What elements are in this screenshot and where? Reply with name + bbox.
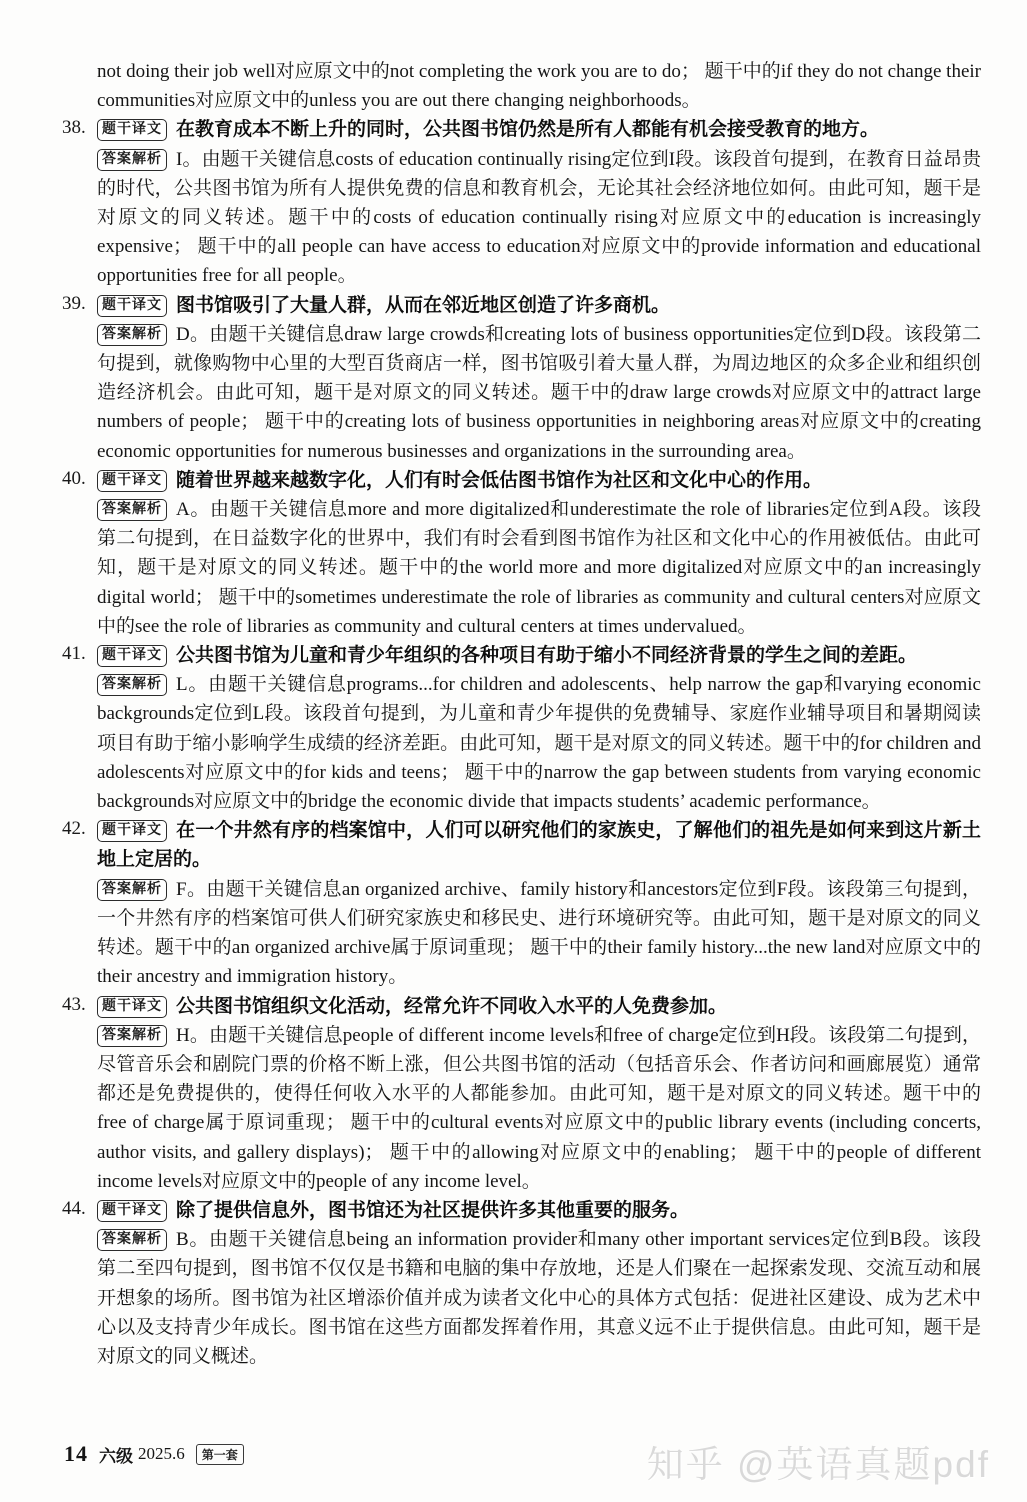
translation-line: 题干译文除了提供信息外，图书馆还为社区提供许多其他重要的服务。 xyxy=(97,1196,981,1225)
qa-item-39: 39. 题干译文图书馆吸引了大量人群，从而在邻近地区创造了许多商机。 答案解析D… xyxy=(97,291,981,466)
item-number: 42. xyxy=(62,818,86,840)
translation-line: 题干译文公共图书馆为儿童和青少年组织的各种项目有助于缩小不同经济背景的学生之间的… xyxy=(97,641,981,670)
translation-text: 公共图书馆为儿童和青少年组织的各种项目有助于缩小不同经济背景的学生之间的差距。 xyxy=(176,645,917,666)
answer-analysis-badge: 答案解析 xyxy=(97,879,167,901)
translation-line: 题干译文在教育成本不断上升的同时，公共图书馆仍然是所有人都能有机会接受教育的地方… xyxy=(97,115,981,144)
stem-translation-badge: 题干译文 xyxy=(97,470,167,492)
qa-item-42: 42. 题干译文在一个井然有序的档案馆中，人们可以研究他们的家族史，了解他们的祖… xyxy=(97,816,981,991)
analysis-line: 答案解析A。由题干关键信息more and more digitalized和u… xyxy=(97,495,981,641)
page-number: 14 xyxy=(64,1441,88,1467)
exam-level: 六级 xyxy=(99,1442,133,1467)
stem-translation-badge: 题干译文 xyxy=(97,295,167,317)
answer-analysis-badge: 答案解析 xyxy=(97,674,167,696)
stem-translation-badge: 题干译文 xyxy=(97,820,167,842)
analysis-line: 答案解析L。由题干关键信息programs...for children and… xyxy=(97,670,981,816)
item-number: 38. xyxy=(62,117,86,139)
analysis-line: 答案解析H。由题干关键信息people of different income … xyxy=(97,1021,981,1196)
answer-analysis-badge: 答案解析 xyxy=(97,1025,167,1047)
qa-item-40: 40. 题干译文随着世界越来越数字化，人们有时会低估图书馆作为社区和文化中心的作… xyxy=(97,466,981,641)
analysis-text: A。由题干关键信息more and more digitalized和under… xyxy=(97,499,981,637)
analysis-line: 答案解析I。由题干关键信息costs of education continua… xyxy=(97,145,981,291)
stem-translation-badge: 题干译文 xyxy=(97,645,167,667)
stem-translation-badge: 题干译文 xyxy=(97,996,167,1018)
analysis-text: L。由题干关键信息programs...for children and ado… xyxy=(97,674,981,812)
analysis-text: I。由题干关键信息costs of education continually … xyxy=(97,149,981,287)
qa-item-44: 44. 题干译文除了提供信息外，图书馆还为社区提供许多其他重要的服务。 答案解析… xyxy=(97,1196,981,1371)
item-number: 41. xyxy=(62,643,86,665)
stem-translation-badge: 题干译文 xyxy=(97,1200,167,1222)
page-footer: 14 六级 2025.6 第一套 xyxy=(64,1441,244,1467)
answer-analysis-badge: 答案解析 xyxy=(97,324,167,346)
analysis-text: B。由题干关键信息being an information provider和m… xyxy=(97,1229,981,1367)
item-number: 40. xyxy=(62,468,86,490)
translation-line: 题干译文在一个井然有序的档案馆中，人们可以研究他们的家族史，了解他们的祖先是如何… xyxy=(97,816,981,874)
continuation-paragraph: not doing their job well对应原文中的not comple… xyxy=(97,57,981,115)
analysis-line: 答案解析F。由题干关键信息an organized archive、family… xyxy=(97,875,981,992)
analysis-line: 答案解析B。由题干关键信息being an information provid… xyxy=(97,1225,981,1371)
analysis-text: D。由题干关键信息draw large crowds和creating lots… xyxy=(97,324,981,462)
translation-text: 除了提供信息外，图书馆还为社区提供许多其他重要的服务。 xyxy=(176,1200,689,1221)
stem-translation-badge: 题干译文 xyxy=(97,119,167,141)
translation-text: 随着世界越来越数字化，人们有时会低估图书馆作为社区和文化中心的作用。 xyxy=(176,470,822,491)
answer-analysis-badge: 答案解析 xyxy=(97,149,167,171)
watermark: 知乎 @英语真题pdf xyxy=(647,1434,990,1488)
set-number-badge: 第一套 xyxy=(196,1444,244,1465)
analysis-line: 答案解析D。由题干关键信息draw large crowds和creating … xyxy=(97,320,981,466)
item-number: 44. xyxy=(62,1198,86,1220)
answer-analysis-badge: 答案解析 xyxy=(97,1229,167,1251)
translation-line: 题干译文图书馆吸引了大量人群，从而在邻近地区创造了许多商机。 xyxy=(97,291,981,320)
translation-text: 在教育成本不断上升的同时，公共图书馆仍然是所有人都能有机会接受教育的地方。 xyxy=(176,119,879,140)
item-number: 39. xyxy=(62,293,86,315)
answer-analysis-badge: 答案解析 xyxy=(97,499,167,521)
translation-line: 题干译文公共图书馆组织文化活动，经常允许不同收入水平的人免费参加。 xyxy=(97,992,981,1021)
answer-key-page: not doing their job well对应原文中的not comple… xyxy=(97,57,981,1371)
qa-item-43: 43. 题干译文公共图书馆组织文化活动，经常允许不同收入水平的人免费参加。 答案… xyxy=(97,992,981,1196)
item-number: 43. xyxy=(62,994,86,1016)
translation-text: 图书馆吸引了大量人群，从而在邻近地区创造了许多商机。 xyxy=(176,295,670,316)
analysis-text: F。由题干关键信息an organized archive、family his… xyxy=(97,879,981,988)
translation-line: 题干译文随着世界越来越数字化，人们有时会低估图书馆作为社区和文化中心的作用。 xyxy=(97,466,981,495)
qa-item-41: 41. 题干译文公共图书馆为儿童和青少年组织的各种项目有助于缩小不同经济背景的学… xyxy=(97,641,981,816)
exam-date: 2025.6 xyxy=(138,1444,185,1464)
qa-item-38: 38. 题干译文在教育成本不断上升的同时，公共图书馆仍然是所有人都能有机会接受教… xyxy=(97,115,981,290)
translation-text: 公共图书馆组织文化活动，经常允许不同收入水平的人免费参加。 xyxy=(176,996,727,1017)
translation-text: 在一个井然有序的档案馆中，人们可以研究他们的家族史，了解他们的祖先是如何来到这片… xyxy=(97,820,981,870)
analysis-text: H。由题干关键信息people of different income leve… xyxy=(97,1025,981,1192)
